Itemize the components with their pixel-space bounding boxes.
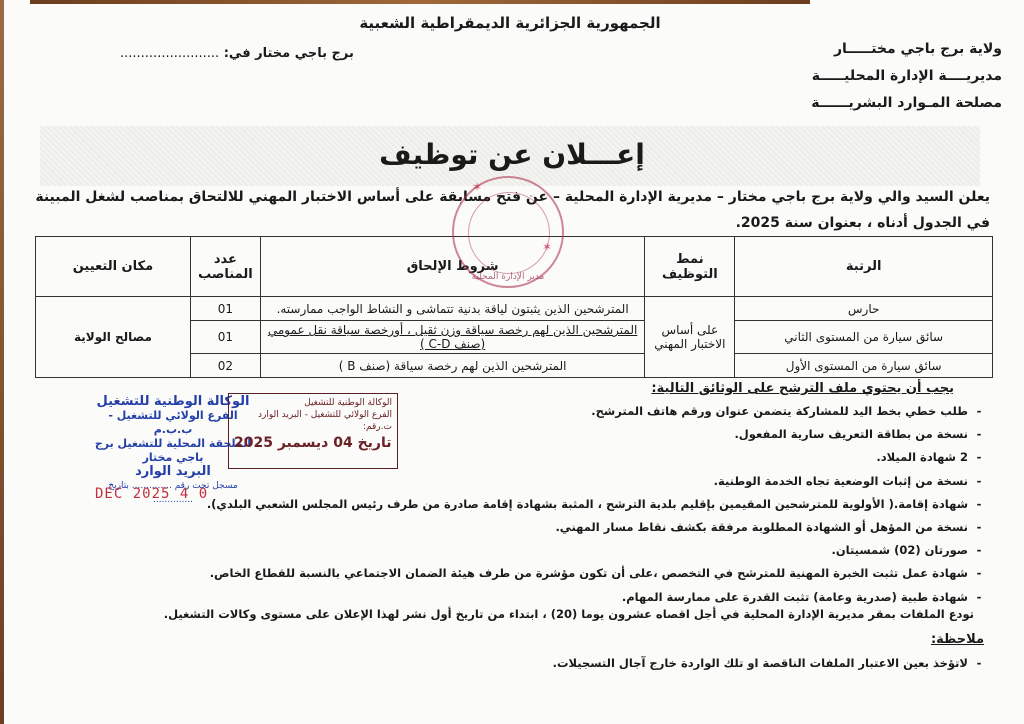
requirement-text: 2 شهادة الميلاد. [876,450,968,464]
list-item: -شهادة طبية (صدرية وعامة) تثبت القدرة عل… [290,586,990,609]
seal-text: مدير الإدارة المحلية [454,272,562,282]
org-service: مصلحة المـوارد البشريــــــة [811,90,1002,117]
note-title: ملاحظة: [931,632,984,647]
star-icon: ✶ [542,240,552,254]
republic-heading: الجمهورية الجزائرية الديمقراطية الشعبية [330,14,690,32]
requirement-text: شهادة طبية (صدرية وعامة) تثبت القدرة على… [622,590,968,604]
issuing-organization: ولاية برج باجي مختـــــار مديريــــة الإ… [811,36,1002,117]
cell-conditions: المترشحين الذين يثبتون لياقة بدنية تتماش… [260,297,645,321]
cell-rank: سائق سيارة من المستوى الأول [735,354,993,378]
official-seal-stamp: مدير الإدارة المحلية [452,176,564,288]
requirement-text: طلب خطي بخط اليد للمشاركة يتضمن عنوان ور… [591,404,968,418]
requirement-text: نسخة من بطاقة التعريف سارية المفعول. [734,427,968,441]
place-label: برج باجي مختار في: [224,46,354,61]
list-item: -شهادة إقامة.( الأولوية للمترشحين المقيم… [290,493,990,516]
list-item: -نسخة من إثبات الوضعية تجاه الخدمة الوطن… [290,470,990,493]
requirement-text: صورتان (02) شمسيتان. [831,543,968,557]
list-item: -صورتان (02) شمسيتان. [290,539,990,562]
header-conditions: شروط الإلحاق [260,237,645,297]
org-directorate: مديريــــة الإدارة المحليـــــة [811,63,1002,90]
announcement-title: إعـــلان عن توظيف [0,138,1024,171]
requirement-text: نسخة من المؤهل أو الشهادة المطلوبة مرفقة… [555,520,968,534]
header-mode: نمط التوظيف [645,237,735,297]
received-date-stamp: 0 4 DEC 2025 [95,486,208,502]
cell-rank: سائق سيارة من المستوى الثاني [735,321,993,354]
cell-count: 02 [190,354,260,378]
list-item: -شهادة عمل تثبت الخبرة المهنية للمترشح ف… [290,562,990,585]
stamp-date: تاريخ 04 ديسمبر 2025 [234,437,392,449]
cell-conditions: المترشحين الذين لهم رخصة سياقة (صنف B ) [260,354,645,378]
cell-rank: حارس [735,297,993,321]
announcement-page: الجمهورية الجزائرية الديمقراطية الشعبية … [0,0,1024,724]
header-count: عدد المناصب [190,237,260,297]
cell-place: مصالح الولاية [36,297,191,378]
stamp-line: الفرع الولائي للتشغيل - البريد الوارد [234,409,392,421]
header-place: مكان التعيين [36,237,191,297]
table-row: حارس على أساس الاختبار المهني المترشحين … [36,297,993,321]
requirement-text: شهادة إقامة.( الأولوية للمترشحين المقيمي… [207,497,968,511]
star-icon: ✶ [472,180,482,194]
stamp-line: الوكالة الوطنية للتشغيل [234,397,392,409]
place-date-line: برج باجي مختار في: .....................… [120,46,354,61]
stamp-line: ت.رقم: [234,421,392,433]
deposit-instructions: تودع الملفات بمقر مديرية الإدارة المحلية… [164,607,974,621]
cell-conditions: المترشحين الذين لهم رخصة سياقة وزن ثقيل … [260,321,645,354]
org-wilaya: ولاية برج باجي مختـــــار [811,36,1002,63]
note-text: لاتؤخذ بعين الاعتبار الملفات الناقصة او … [553,656,968,670]
requirement-text: نسخة من إثبات الوضعية تجاه الخدمة الوطني… [714,474,968,488]
place-date-blank: ........................ [120,46,219,61]
requirement-text: شهادة عمل تثبت الخبرة المهنية للمترشح في… [210,566,968,580]
header-rank: الرتبة [735,237,993,297]
list-item: -نسخة من المؤهل أو الشهادة المطلوبة مرفق… [290,516,990,539]
incoming-mail-stamp: الوكالة الوطنية للتشغيل الفرع الولائي لل… [228,393,398,469]
cell-count: 01 [190,297,260,321]
requirements-title: يجب أن يحتوي ملف الترشح على الوثائق التا… [651,381,954,396]
cell-mode: على أساس الاختبار المهني [645,297,735,378]
note-item: -لاتؤخذ بعين الاعتبار الملفات الناقصة او… [553,656,990,670]
cell-count: 01 [190,321,260,354]
